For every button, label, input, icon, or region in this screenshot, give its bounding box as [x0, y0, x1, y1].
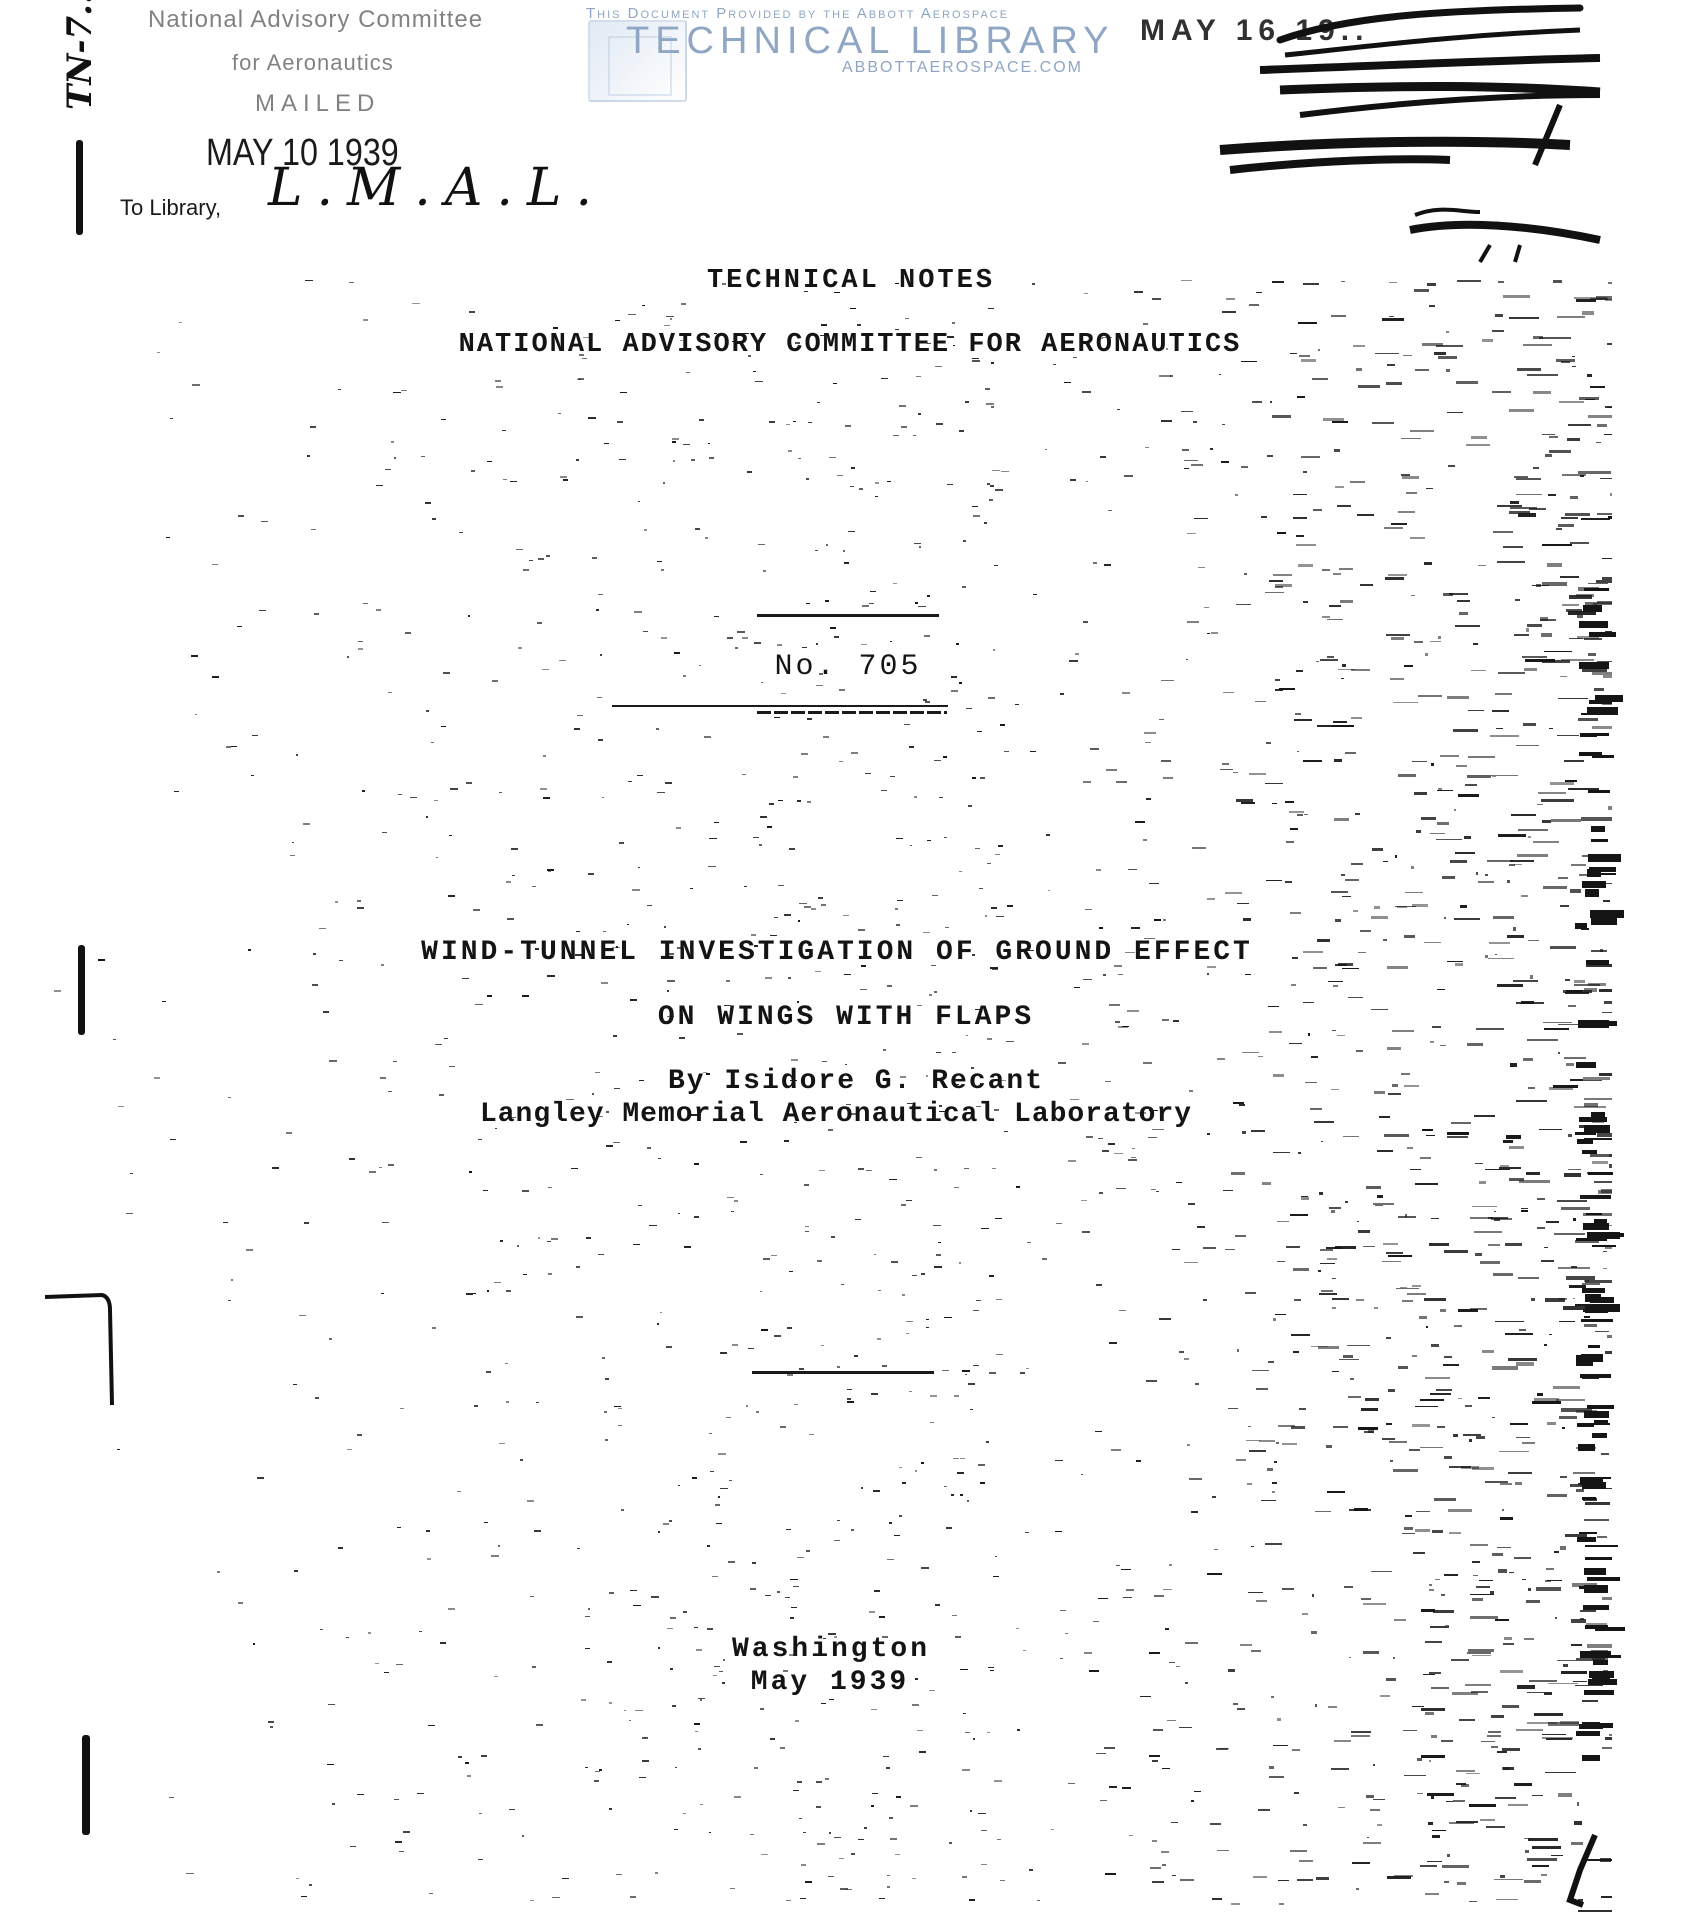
- stamp-line-mailed: MAILED: [255, 90, 380, 118]
- rule-below-number-2: [757, 711, 947, 714]
- corner-bracket-icon: [40, 1285, 120, 1415]
- footer-date: May 1939: [751, 1667, 909, 1698]
- author-byline: By Isidore G. Recant: [668, 1066, 1044, 1097]
- stamp-line-aeronautics: for Aeronautics: [232, 50, 394, 76]
- note-number: No. 705: [774, 650, 921, 684]
- watermark-library: TECHNICAL LIBRARY: [626, 20, 1114, 63]
- margin-bar-bottom: [82, 1735, 90, 1835]
- organization-heading: NATIONAL ADVISORY COMMITTEE FOR AERONAUT…: [459, 330, 1242, 360]
- footer-place: Washington: [732, 1634, 930, 1665]
- rule-above-number: [757, 614, 939, 617]
- title-line-2: ON WINGS WITH FLAPS: [658, 1002, 1034, 1033]
- watermark-url: ABBOTTAEROSPACE.COM: [842, 59, 1083, 77]
- stamp-line-committee: National Advisory Committee: [148, 6, 483, 34]
- rule-below-number: [612, 705, 948, 707]
- margin-note-tn: TN-7..: [60, 0, 100, 110]
- handwritten-scribble-icon: [1200, 0, 1620, 270]
- margin-bar-top: [76, 140, 83, 235]
- separator-rule: [752, 1371, 934, 1374]
- document-page: This Document Provided by the Abbott Aer…: [0, 0, 1706, 1920]
- handwritten-lmal: L.M.A.L.: [268, 158, 606, 218]
- author-affiliation: Langley Memorial Aeronautical Laboratory: [480, 1099, 1192, 1130]
- series-heading: TECHNICAL NOTES: [707, 266, 995, 296]
- stamp-to-library: To Library,: [120, 195, 221, 221]
- margin-bar-mid: [78, 945, 85, 1035]
